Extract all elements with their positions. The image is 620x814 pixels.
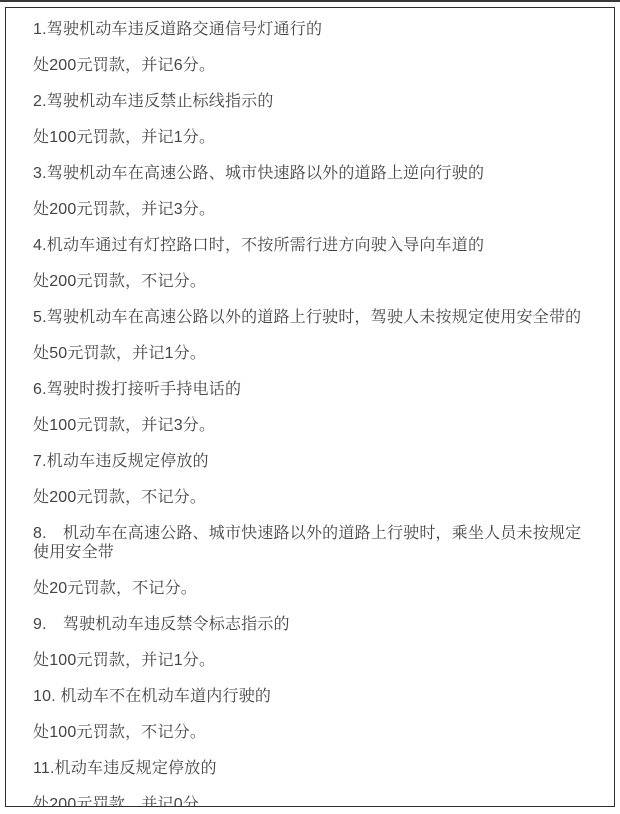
violation-penalty: 处100元罚款，不记分。: [33, 723, 596, 742]
violation-statement: 4.机动车通过有灯控路口时，不按所需行进方向驶入导向车道的: [33, 236, 596, 255]
violation-statement: 6.驾驶时拨打接听手持电话的: [33, 380, 596, 399]
violation-penalty: 处200元罚款，并记0分。: [33, 795, 596, 807]
violation-penalty: 处200元罚款，并记6分。: [33, 56, 596, 75]
violation-statement: 1.驾驶机动车违反道路交通信号灯通行的: [33, 20, 596, 39]
page: 1.驾驶机动车违反道路交通信号灯通行的处200元罚款，并记6分。2.驾驶机动车违…: [0, 0, 620, 807]
violation-statement: 7.机动车违反规定停放的: [33, 452, 596, 471]
violations-box: 1.驾驶机动车违反道路交通信号灯通行的处200元罚款，并记6分。2.驾驶机动车违…: [5, 7, 615, 807]
top-divider: [0, 0, 620, 2]
violation-penalty: 处100元罚款，并记3分。: [33, 416, 596, 435]
violation-penalty: 处50元罚款，并记1分。: [33, 344, 596, 363]
violation-penalty: 处200元罚款，不记分。: [33, 272, 596, 291]
violation-statement: 5.驾驶机动车在高速公路以外的道路上行驶时，驾驶人未按规定使用安全带的: [33, 308, 596, 327]
violation-statement: 11.机动车违反规定停放的: [33, 759, 596, 778]
violation-penalty: 处200元罚款，并记3分。: [33, 200, 596, 219]
violation-penalty: 处20元罚款，不记分。: [33, 579, 596, 598]
violation-statement: 3.驾驶机动车在高速公路、城市快速路以外的道路上逆向行驶的: [33, 164, 596, 183]
violations-list: 1.驾驶机动车违反道路交通信号灯通行的处200元罚款，并记6分。2.驾驶机动车违…: [33, 20, 596, 807]
violation-statement: 8. 机动车在高速公路、城市快速路以外的道路上行驶时，乘坐人员未按规定使用安全带: [33, 524, 596, 562]
violation-statement: 2.驾驶机动车违反禁止标线指示的: [33, 92, 596, 111]
violation-statement: 9. 驾驶机动车违反禁令标志指示的: [33, 615, 596, 634]
violation-statement: 10. 机动车不在机动车道内行驶的: [33, 687, 596, 706]
violation-penalty: 处100元罚款，并记1分。: [33, 128, 596, 147]
violation-penalty: 处100元罚款，并记1分。: [33, 651, 596, 670]
violation-penalty: 处200元罚款，不记分。: [33, 488, 596, 507]
